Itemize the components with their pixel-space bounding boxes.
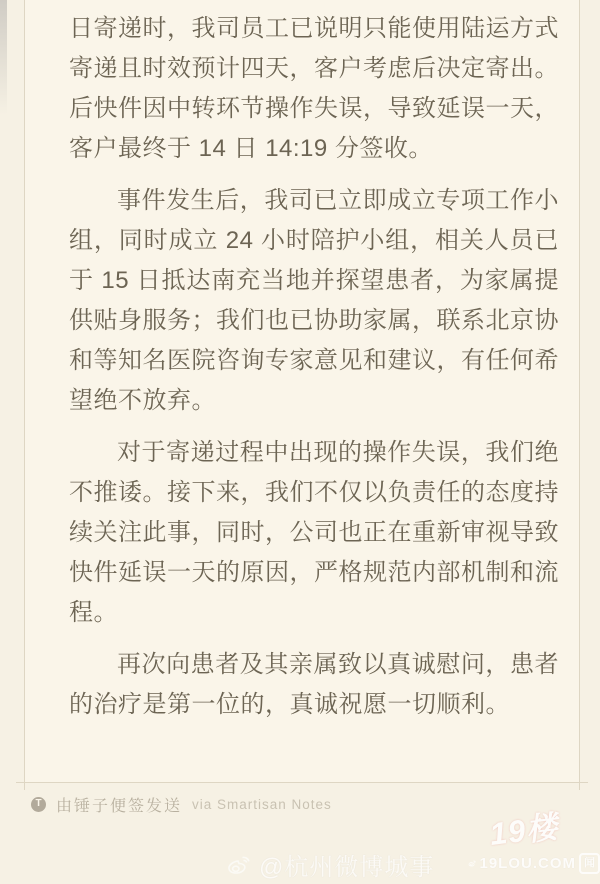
sent-by-label: 由锤子便签发送	[56, 793, 182, 816]
card-corner-tick	[579, 782, 588, 783]
via-smartisan-label: via Smartisan Notes	[192, 797, 332, 812]
19lou-domain-text: 19LOU.COM	[479, 855, 576, 872]
note-paragraph: 对于寄递过程中出现的操作失误，我们绝不推诿。接下来，我们不仅以负责任的态度持续关…	[69, 433, 559, 633]
note-body: 日寄递时，我司员工已说明只能使用陆运方式寄递且时效预计四天，客户考虑后决定寄出。…	[69, 9, 559, 737]
weibo-handle-text: @杭州微博城事	[259, 847, 434, 882]
19lou-watermark: 19楼 19LOU.COM 闻	[468, 818, 600, 874]
weibo-icon	[226, 853, 252, 877]
smartisan-footer: T 由锤子便签发送 via Smartisan Notes	[31, 794, 332, 814]
card-corner-tick	[579, 783, 580, 790]
note-card: 日寄递时，我司员工已说明只能使用陆运方式寄递且时效预计四天，客户考虑后决定寄出。…	[24, 0, 580, 783]
note-paragraph: 日寄递时，我司员工已说明只能使用陆运方式寄递且时效预计四天，客户考虑后决定寄出。…	[69, 9, 559, 169]
weibo-icon-small	[468, 854, 476, 873]
card-corner-tick	[24, 783, 25, 790]
news-badge-icon: 闻	[579, 853, 600, 874]
screenshot-edge-shadow	[0, 0, 7, 115]
smartisan-hammer-icon: T	[31, 797, 46, 812]
note-paragraph: 事件发生后，我司已立即成立专项工作小组，同时成立 24 小时陪护小组，相关人员已…	[69, 181, 559, 421]
note-paragraph: 再次向患者及其亲属致以真诚慰问，患者的治疗是第一位的，真诚祝愿一切顺利。	[69, 645, 559, 725]
weibo-watermark-center: @杭州微博城事	[226, 847, 434, 882]
19lou-logo-text: 19楼	[488, 805, 599, 852]
